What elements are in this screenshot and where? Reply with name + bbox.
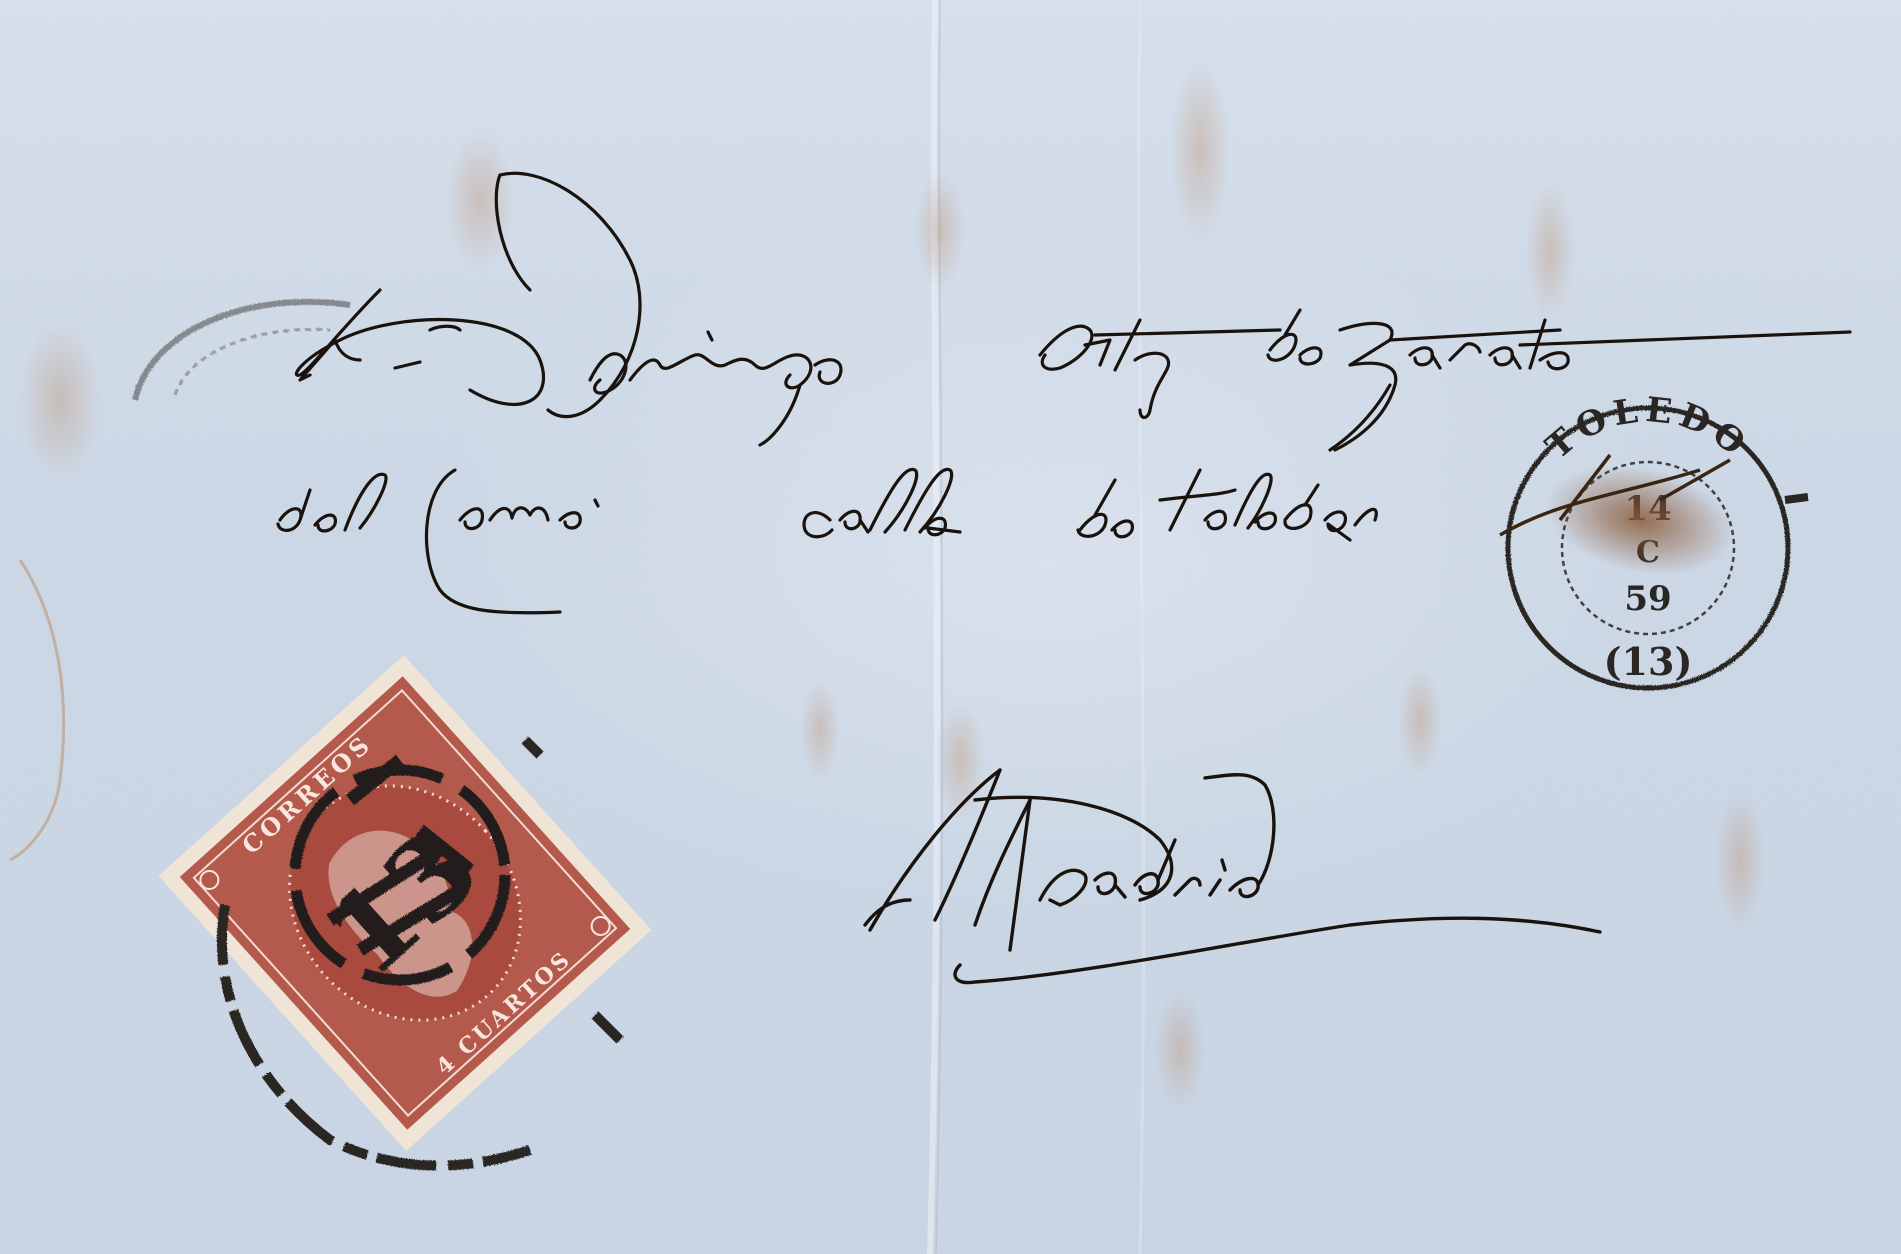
envelope-cover: Sr. D. Domingo Ortiz de Zarate del Comer… <box>0 0 1901 1254</box>
postmark-number-text: (13) <box>1604 639 1693 684</box>
cover-artwork: TOLEDO 14 C 59 (13) CORREOS 4 CUARTOS <box>0 0 1901 1254</box>
postmark-year-text: 59 <box>1624 579 1671 619</box>
